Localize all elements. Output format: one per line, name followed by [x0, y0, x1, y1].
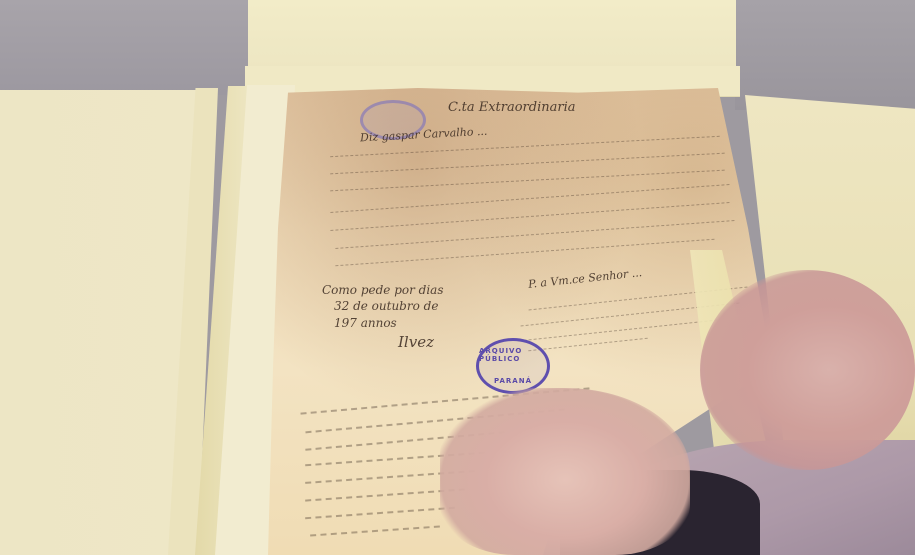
annotation-line: Como pede por dias: [322, 283, 444, 297]
stamp-bottom-text: PARANÁ: [494, 377, 532, 385]
archive-stamp-icon: ARQUIVO PÚBLICO PARANÁ: [476, 338, 550, 394]
background-wall-left: [0, 0, 250, 95]
folder-back-flap: [248, 0, 736, 70]
document-heading: C.ta Extraordinaria: [448, 100, 576, 115]
gloved-right-hand: [700, 270, 915, 470]
stamp-top-text: ARQUIVO PÚBLICO: [479, 347, 547, 363]
annotation-line: 197 annos: [334, 316, 397, 330]
background-wall-right: [735, 0, 915, 110]
gloved-left-hand: [440, 388, 690, 555]
annotation-line: 32 de outubro de: [334, 299, 438, 313]
signature: Ilvez: [398, 333, 434, 351]
